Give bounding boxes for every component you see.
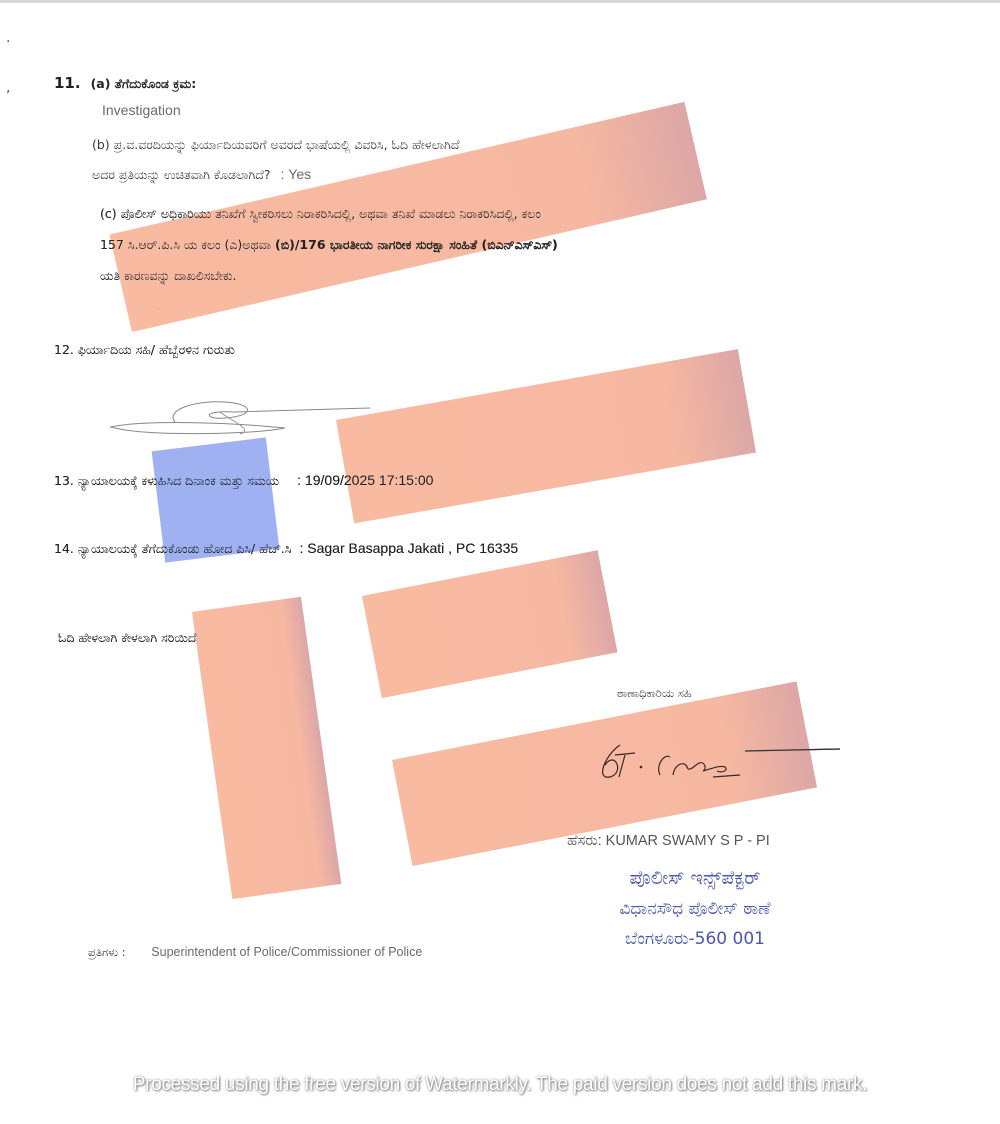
item-13-overlay: 13. ನ್ಯಾಯಾಲಯಕ್ಕೆ ಕಳುಹಿಸಿದ ದಿನಾಂಕ ಮತ್ತು ಸ… [54,472,433,489]
read-over-statement-overlay: ಓದಿ ಹೇಳಲಾಗಿ ಕೇಳಲಾಗಿ ಸರಿಯಿದೆ [58,630,196,646]
officer-name: ಹೆಸರು: KUMAR SWAMY S P - PI [567,833,770,849]
copy-to: ಪ್ರತಿಗಳು : Superintendent of Police/Comm… [88,945,422,960]
stamp-designation: ಪೊಲೀಸ್ ಇನ್ಸ್‌ಪೆಕ್ಟರ್ [560,867,830,889]
court-escort-officer-overlay: : Sagar Basappa Jakati , PC 16335 [299,540,518,556]
action-taken-value: Investigation [102,102,181,118]
stamp-station: ವಿಧಾನಸೌಧ ಪೊಲೀಸ್ ಠಾಣೆ [560,899,830,919]
item-14-label-overlay: 14. ನ್ಯಾಯಾಲಯಕ್ಕೆ ತೆಗೆದುಕೊಂಡು ಹೋದ ಪಿಸಿ/ ಹ… [54,541,291,556]
item-11b-answer: : Yes [281,166,312,182]
item-11b-line1: (b) ಪ್ರ.ವ.ವರದಿಯನ್ನು ಫಿರ್ಯಾದಿಯವರಿಗೆ ಅವರದೆ… [92,137,459,153]
watermark-text: Processed using the free version of Wate… [0,1074,1000,1096]
item-11b-line2: ಅದರ ಪ್ರತಿಯನ್ನು ಉಚಿತವಾಗಿ ಕೊಡಲಾಗಿದೆ? : Yes [92,166,311,183]
redaction-box [192,597,341,899]
item-11c-text-bold-overlay: (ಬಿ)/176 ಭಾರತೀಯ ನಾಗರೀಕ ಸುರಕ್ಷಾ ಸಂಹಿತೆ (ಬ… [275,237,558,252]
officer-signature-label: ಠಾಣಾಧಿಕಾರಿಯ ಸಹಿ [617,686,692,701]
redaction-box [336,349,756,523]
item-14-overlay: 14. ನ್ಯಾಯಾಲಯಕ್ಕೆ ತೆಗೆದುಕೊಂಡು ಹೋದ ಪಿಸಿ/ ಹ… [54,540,518,557]
item-11c-line1-overlay: (c) ಪೊಲೀಸ್ ಅಧಿಕಾರಿಯು ತನಿಖೆಗೆ ಸ್ವೀಕರಿಸಲು … [100,206,541,222]
redaction-box [362,550,617,698]
item-11c-line3-overlay: ಯತಿ ಕಾರಣವನ್ನು ದಾಖಲಿಸಬೇಕು. [100,268,237,284]
action-taken-label: (a) ತೆಗೆದುಕೊಂಡ ಕ್ರಮ: [91,76,197,91]
item-11: 11. (a) ತೆಗೆದುಕೊಂಡ ಕ್ರಮ: [54,74,196,92]
item-13-label-overlay: 13. ನ್ಯಾಯಾಲಯಕ್ಕೆ ಕಳುಹಿಸಿದ ದಿನಾಂಕ ಮತ್ತು ಸ… [54,473,279,488]
item-11b-question: ಅದರ ಪ್ರತಿಯನ್ನು ಉಚಿತವಾಗಿ ಕೊಡಲಾಗಿದೆ? [92,167,271,182]
officer-signature-overlay [595,735,845,785]
copy-to-recipients: Superintendent of Police/Commissioner of… [151,945,422,959]
item-11c-line2-overlay: 157 ಸಿ.ಆರ್.ಪಿ.ಸಿ ಯ ಕಲಂ (ಎ)ಅಥವಾ (ಬಿ)/176 … [100,237,558,253]
copy-to-label: ಪ್ರತಿಗಳು : [88,945,126,959]
page-top-border [0,0,1000,3]
item-number: 11. [54,74,81,92]
item-12-label-overlay: 12. ಫಿರ್ಯಾದಿಯ ಸಹಿ/ ಹೆಬ್ಬೆರಳಿನ ಗುರುತು [54,342,235,358]
scan-speck: , [6,80,10,96]
stamp-address: ಬೆಂಗಳೂರು-560 001 [560,929,830,949]
item-11c-text-overlay: 157 ಸಿ.ಆರ್.ಪಿ.ಸಿ ಯ ಕಲಂ (ಎ)ಅಥವಾ [100,237,275,252]
court-sent-datetime-overlay: : 19/09/2025 17:15:00 [297,472,433,488]
scan-speck: · [6,34,10,50]
